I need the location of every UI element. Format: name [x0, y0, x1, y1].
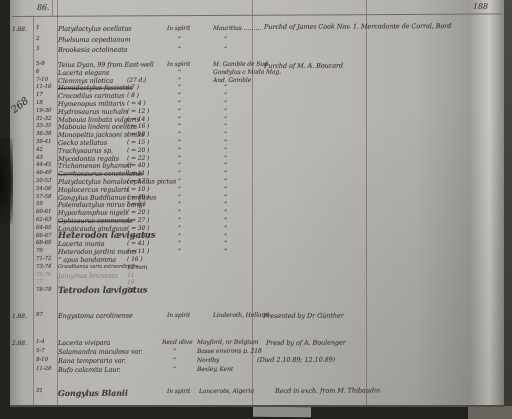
specimen-number: 60-61: [36, 210, 51, 216]
specimen-number: 33-35: [36, 124, 51, 130]
count-ref: ( = 41 ): [127, 241, 149, 247]
condition: ”: [178, 117, 181, 123]
condition: Recd alive: [162, 340, 193, 346]
entry-date: 1.88.: [12, 314, 27, 320]
page-number-right: 188: [473, 3, 488, 11]
acquisition-note-top: Purchd of James Cook Nov. 1. Mercadante …: [264, 23, 451, 30]
condition: ”: [178, 101, 181, 107]
condition: In spirit: [167, 313, 190, 319]
specimen-number: 50-53: [36, 179, 51, 185]
count-ref: ( = 10 ): [127, 187, 149, 193]
condition: ”: [178, 47, 181, 53]
species-name: Brookesia octolineata: [58, 47, 127, 54]
acquisition-note-b2: (Died 2.10.89; 12.10.89): [257, 357, 335, 364]
locality: M. Gamble de Sud: [213, 62, 268, 68]
specimen-number: 8-10: [36, 358, 48, 364]
locality: ”: [224, 163, 227, 169]
species-name: Lacerta elegans: [58, 70, 109, 77]
column-rule-date: [33, 17, 34, 405]
count-ref: ( = 20 ): [127, 210, 149, 216]
specimen-number: 78-79: [36, 288, 51, 294]
specimen-number: 43: [36, 156, 43, 162]
species-name: Grandhamia varia extraordinalis: [58, 264, 138, 269]
locality: ”: [224, 117, 227, 123]
locality: ”: [224, 226, 227, 232]
specimen-number: 68-69: [36, 241, 51, 247]
species-name: Phelsuma cepedianum: [58, 36, 130, 43]
register-page-photo: 86. 188 268 Purchd of James Cook Nov. 1.…: [0, 0, 512, 419]
specimen-number: 17: [36, 93, 43, 99]
specimen-number: 11-16: [36, 85, 51, 91]
locality: ”: [224, 171, 227, 177]
locality: ”: [224, 234, 227, 240]
count-ref: 12 mm: [127, 265, 147, 271]
locality: Nordby: [197, 358, 219, 364]
species-name: Trachysaurus sp.: [58, 148, 113, 155]
locality: Gondylus c Mada Mag.: [213, 69, 281, 75]
species-name: Platydactylus ocellatus: [58, 26, 132, 33]
specimen-number: 54-56: [36, 187, 51, 193]
locality: ”: [224, 36, 227, 42]
locality: ”: [224, 241, 227, 247]
specimen-number: 73-74: [36, 265, 51, 271]
entry-date: 2.88.: [12, 341, 27, 347]
specimen-number: 57-58: [36, 195, 51, 201]
specimen-number: 7-10: [36, 78, 48, 84]
species-name: Gongylus Blanii: [58, 389, 128, 397]
locality: ”: [224, 195, 227, 201]
condition: ”: [178, 93, 181, 99]
locality: ”: [224, 218, 227, 224]
specimen-number: 75-76: [36, 273, 51, 279]
locality: Mayford, nr Belgium: [197, 340, 258, 346]
specimen-number: 5-9: [36, 62, 45, 68]
locality: Bexley, Kent: [197, 367, 233, 373]
locality: ”: [224, 202, 227, 208]
species-name: Crocodilus carinatus: [58, 93, 124, 100]
condition: ”: [178, 249, 181, 255]
condition: ”: [178, 187, 181, 193]
under-page-edge: [253, 407, 311, 417]
specimen-number: 31-32: [36, 117, 51, 123]
condition: ”: [178, 226, 181, 232]
specimen-number: 97: [36, 313, 43, 319]
species-name: Platydactylus homalocephalus pictus: [58, 178, 176, 185]
count-ref: 11: [127, 273, 134, 279]
condition: ”: [178, 163, 181, 169]
species-name: Hymenopus militaris: [58, 101, 125, 108]
specimen-number: 18: [36, 101, 43, 107]
count-ref: ( = 11 ): [127, 249, 149, 255]
specimen-number: 46-49: [36, 171, 51, 177]
species-name: Hyporhamphus nigeli: [58, 210, 127, 217]
locality: ”: [224, 93, 227, 99]
count-ref: ( = 8 ): [127, 202, 146, 208]
locality: ”: [224, 148, 227, 154]
locality: ”: [224, 101, 227, 107]
condition: In spirit: [167, 26, 190, 32]
locality: Basse environs p. 218: [197, 349, 262, 355]
count-ref: ( = 17 ): [127, 179, 149, 185]
condition: ”: [173, 349, 176, 355]
species-name: Hoplocercus regularis: [58, 186, 129, 193]
condition: ”: [178, 234, 181, 240]
count-ref: ( = 18 ): [127, 132, 149, 138]
count-ref: ( = 40 ): [127, 163, 149, 169]
species-name: Salamandra maculosa var.: [58, 349, 143, 356]
locality: ”: [224, 109, 227, 115]
specimen-number: 42: [36, 148, 43, 154]
condition: ”: [178, 148, 181, 154]
specimen-number: 36-38: [36, 132, 51, 138]
specimen-number: 19-30: [36, 109, 51, 115]
condition: ”: [178, 78, 181, 84]
locality: ”: [224, 132, 227, 138]
count-ref: ( = 16 ): [127, 124, 149, 130]
condition: ”: [178, 140, 181, 146]
species-name: Lacerta vivipara: [58, 340, 110, 347]
condition: ”: [178, 36, 181, 42]
locality: ”: [224, 47, 227, 53]
count-ref: ( = 20 ): [127, 148, 149, 154]
condition: ”: [178, 241, 181, 247]
species-name: Ophisaurus commensis: [58, 218, 133, 225]
count-ref: ( = 27 ): [127, 218, 149, 224]
specimen-number: 71-72: [36, 257, 51, 263]
condition: ”: [178, 202, 181, 208]
locality: ”: [224, 85, 227, 91]
species-name: Teius Dyan, 99 from East-well: [58, 61, 154, 68]
condition: ”: [178, 179, 181, 185]
count-ref: ( = 11 ): [127, 171, 149, 177]
condition: ”: [178, 210, 181, 216]
locality: Linderoth, Holland: [213, 313, 269, 319]
specimen-number: 39-41: [36, 140, 51, 146]
condition: In spirit: [167, 62, 190, 68]
condition: ”: [178, 70, 181, 76]
specimen-number: 70: [36, 249, 43, 255]
acquisition-note-b1: Presd by of A. Boulenger: [266, 340, 346, 347]
count-ref: ( 16 ): [127, 257, 143, 263]
condition: ”: [178, 85, 181, 91]
locality: Mauritius ………: [213, 26, 261, 32]
locality: ”: [224, 210, 227, 216]
specimen-number: 3: [36, 47, 39, 53]
locality: ”: [224, 156, 227, 162]
entry-date: 1.88.: [12, 27, 27, 33]
specimen-number: 6: [36, 70, 39, 76]
count-ref: ( 8 ): [127, 93, 139, 99]
locality: ”: [224, 140, 227, 146]
specimen-number: 44-45: [36, 163, 51, 169]
condition: ”: [178, 195, 181, 201]
count-ref: ( = 18 ): [127, 233, 149, 239]
count-ref: ( = 12 ): [127, 109, 149, 115]
condition: ”: [178, 124, 181, 130]
condition: ”: [173, 358, 176, 364]
species-name: Bufo calamita Laur.: [58, 367, 121, 374]
page-number-left: 86.: [37, 4, 49, 12]
specimen-number: 1-4: [36, 340, 45, 346]
acquisition-note-c: Recd in exch. from M. Thibaudin: [275, 387, 380, 394]
acquisition-note-a: Presented by Dr Günther: [263, 313, 344, 320]
condition: ”: [178, 132, 181, 138]
locality: ”: [224, 179, 227, 185]
condition: ”: [178, 218, 181, 224]
condition: ”: [178, 109, 181, 115]
column-rule-right: [366, 0, 367, 405]
locality: ”: [224, 187, 227, 193]
locality: Lancerote, Algeria: [199, 389, 254, 395]
specimen-number: 2: [36, 36, 39, 42]
condition: ”: [178, 171, 181, 177]
count-ref: ( 7 ): [127, 85, 139, 91]
specimen-number: 5-7: [36, 349, 45, 355]
count-ref: 71: [127, 288, 134, 294]
condition: In spirit: [167, 389, 190, 395]
page-edge-shadow: [504, 0, 512, 406]
locality: ”: [224, 124, 227, 130]
species-name: Gecko stellatus: [58, 140, 107, 147]
specimen-number: 31: [36, 389, 43, 395]
specimen-number: 62-63: [36, 218, 51, 224]
specimen-number: 59: [36, 202, 43, 208]
specimen-number: 66-67: [36, 234, 51, 240]
count-ref: ( = 15 ): [127, 140, 149, 146]
bottom-ledge: [468, 406, 512, 419]
species-name: Heterodon jardini munci: [58, 249, 137, 256]
species-name: Hydrosaurus nuchalis: [58, 108, 128, 115]
column-rule-stub: [52, 0, 53, 16]
binding-gutter-shadow: [0, 138, 13, 224]
locality: And. Gamble: [213, 77, 251, 83]
locality: ”: [224, 249, 227, 255]
species-name: Rana temporaria var.: [58, 358, 126, 365]
count-ref: ( = 4 ): [127, 101, 146, 107]
specimen-number: 11-28: [36, 367, 51, 373]
species-name: ” apus bandamma: [58, 257, 116, 264]
specimen-number: 1: [36, 26, 39, 32]
condition: ”: [178, 156, 181, 162]
specimen-number: 77: [36, 280, 43, 286]
condition: ”: [173, 367, 176, 373]
specimen-number: 64-65: [36, 226, 51, 232]
species-name: Jamymas bruneata: [58, 272, 118, 279]
species-name: Engystoma carolinense: [58, 313, 133, 320]
page-bottom-edge: [10, 405, 504, 407]
